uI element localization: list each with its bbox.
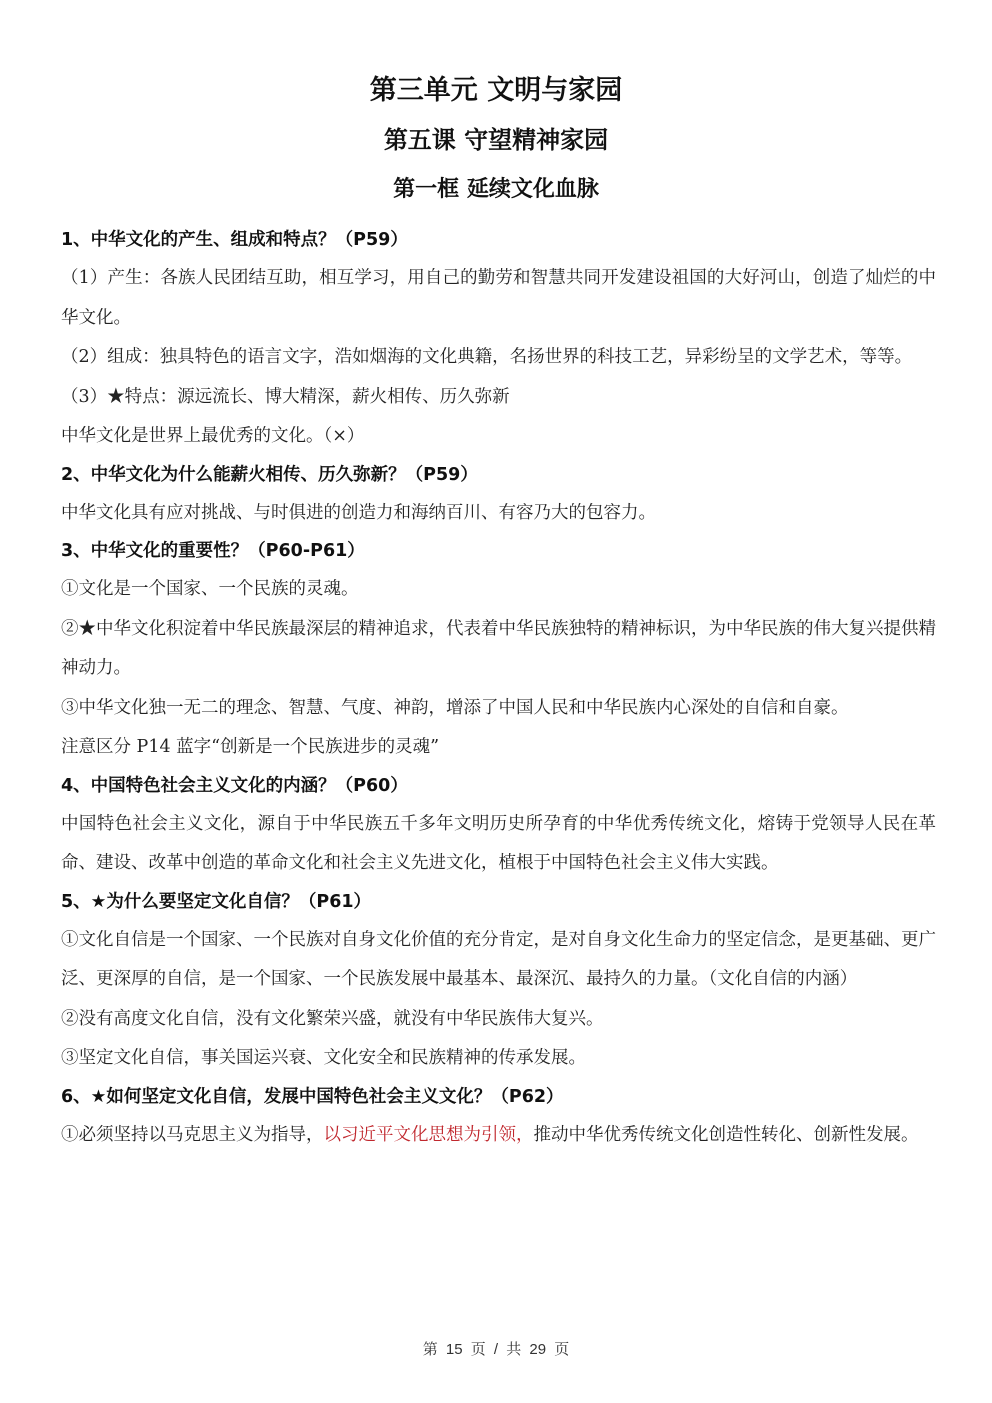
item-6: 6、★如何坚定文化自信，发展中国特色社会主义文化？（P62） ①必须坚持以马克思… <box>61 1079 936 1156</box>
lesson-title: 第五课 守望精神家园 <box>0 120 992 155</box>
document-page: 第三单元 文明与家园 第五课 守望精神家园 第一框 延续文化血脉 1、中华文化的… <box>0 0 992 1403</box>
question-heading: 3、中华文化的重要性？（P60-P61） <box>61 533 936 570</box>
document-body: 1、中华文化的产生、组成和特点？（P59） （1）产生：各族人民团结互助，相互学… <box>61 222 936 1155</box>
question-heading: 6、★如何坚定文化自信，发展中国特色社会主义文化？（P62） <box>61 1079 936 1116</box>
item-2: 2、中华文化为什么能薪火相传、历久弥新？（P59） 中华文化具有应对挑战、与时俱… <box>61 457 936 534</box>
answer-paragraph: ②没有高度文化自信，没有文化繁荣兴盛，就没有中华民族伟大复兴。 <box>61 1000 936 1040</box>
section-title: 第一框 延续文化血脉 <box>0 172 992 203</box>
page-indicator: 第 15 页 / 共 29 页 <box>0 1338 992 1359</box>
answer-paragraph: ③坚定文化自信，事关国运兴衰、文化安全和民族精神的传承发展。 <box>61 1039 936 1079</box>
question-heading: 1、中华文化的产生、组成和特点？（P59） <box>61 222 936 259</box>
answer-paragraph: （3）★特点：源远流长、博大精深，薪火相传、历久弥新 <box>61 378 936 418</box>
answer-paragraph: ②★中华文化积淀着中华民族最深层的精神追求，代表着中华民族独特的精神标识，为中华… <box>61 610 936 689</box>
answer-paragraph: （1）产生：各族人民团结互助，相互学习，用自己的勤劳和智慧共同开发建设祖国的大好… <box>61 259 936 338</box>
answer-text: ①必须坚持以马克思主义为指导， <box>61 1125 324 1145</box>
answer-paragraph: 中华文化具有应对挑战、与时俱进的创造力和海纳百川、有容乃大的包容力。 <box>61 494 936 534</box>
answer-paragraph: ①文化是一个国家、一个民族的灵魂。 <box>61 570 936 610</box>
answer-paragraph: 中华文化是世界上最优秀的文化。（×） <box>61 417 936 457</box>
item-1: 1、中华文化的产生、组成和特点？（P59） （1）产生：各族人民团结互助，相互学… <box>61 222 936 457</box>
answer-paragraph: 中国特色社会主义文化，源自于中华民族五千多年文明历史所孕育的中华优秀传统文化，熔… <box>61 805 936 884</box>
item-5: 5、★为什么要坚定文化自信？（P61） ①文化自信是一个国家、一个民族对自身文化… <box>61 884 936 1079</box>
unit-title: 第三单元 文明与家园 <box>0 68 992 107</box>
answer-paragraph: ①文化自信是一个国家、一个民族对自身文化价值的充分肯定，是对自身文化生命力的坚定… <box>61 921 936 1000</box>
answer-text: 推动中华优秀传统文化创造性转化、创新性发展。 <box>534 1125 919 1145</box>
item-3: 3、中华文化的重要性？（P60-P61） ①文化是一个国家、一个民族的灵魂。 ②… <box>61 533 936 768</box>
answer-paragraph: ③中华文化独一无二的理念、智慧、气度、神韵，增添了中国人民和中华民族内心深处的自… <box>61 689 936 729</box>
note-paragraph: 注意区分 P14 蓝字“创新是一个民族进步的灵魂” <box>61 728 936 768</box>
highlighted-text: 以习近平文化思想为引领， <box>324 1125 534 1145</box>
question-heading: 4、中国特色社会主义文化的内涵？（P60） <box>61 768 936 805</box>
question-heading: 5、★为什么要坚定文化自信？（P61） <box>61 884 936 921</box>
item-4: 4、中国特色社会主义文化的内涵？（P60） 中国特色社会主义文化，源自于中华民族… <box>61 768 936 884</box>
answer-paragraph: （2）组成：独具特色的语言文字，浩如烟海的文化典籍，名扬世界的科技工艺，异彩纷呈… <box>61 338 936 378</box>
question-heading: 2、中华文化为什么能薪火相传、历久弥新？（P59） <box>61 457 936 494</box>
answer-paragraph: ①必须坚持以马克思主义为指导，以习近平文化思想为引领，推动中华优秀传统文化创造性… <box>61 1116 936 1156</box>
